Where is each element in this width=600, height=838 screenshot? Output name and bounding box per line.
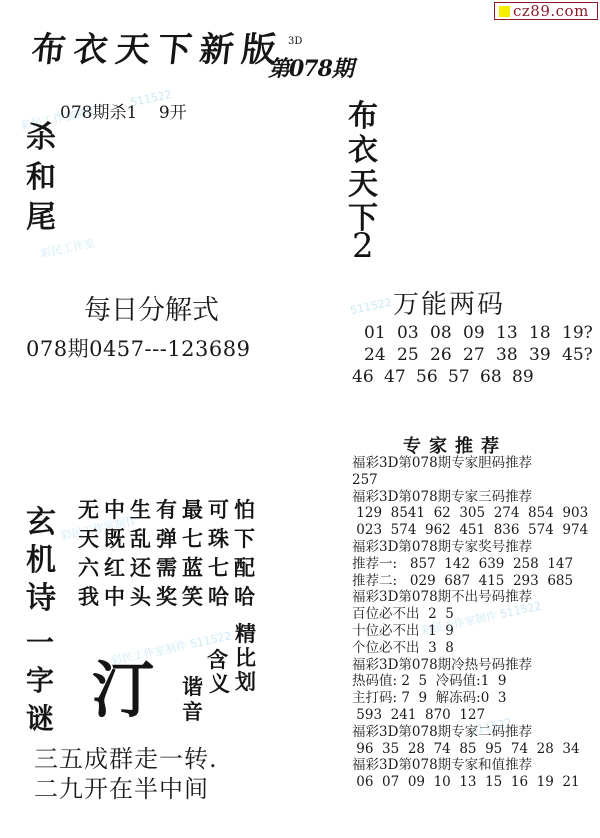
riddle-label-char: 谜 [26,700,54,738]
wanneng-cell: 08 [430,322,463,344]
issue-number: 第078期 [268,52,353,83]
page-title: 布衣天下新版 [29,22,286,71]
poem-label: 玄 机 诗 [26,504,56,618]
wanneng-cell: 25 [397,344,430,366]
daily-title: 每日分解式 [84,288,219,327]
poem-lines: 无中生有最可怕 天既乱弹七珠下 六红还需蓝七配 我中头奖笑哈哈 [78,495,260,611]
wanneng-cell: 27 [463,344,496,366]
logo-text: cz89.com [513,2,589,20]
poem-line: 无中生有最可怕 [78,495,260,524]
wanneng-cell: 03 [397,322,430,344]
poem-label-char: 诗 [26,580,56,618]
expert-line: 129 8541 62 305 274 854 903 [352,505,588,522]
wanneng-title: 万能两码 [393,284,505,321]
brand-char: 衣 [348,134,378,168]
verse: 三五成群走一转. 二九开在半中间 [34,744,218,804]
watermark: 511522 [349,296,393,317]
logo-square-icon [499,6,510,17]
poem-label-char: 玄 [26,504,56,542]
expert-line: 福彩3D第078期专家奖号推荐 [352,539,588,556]
riddle-label: 一 字 谜 [26,624,54,738]
expert-line: 推荐二: 029 687 415 293 685 [352,573,588,590]
wanneng-cell: 09 [463,322,496,344]
kill-label-char: 尾 [26,198,56,238]
expert-line: 福彩3D第078期冷热号码推荐 [352,657,588,674]
poem-line: 天既乱弹七珠下 [78,524,260,553]
brand-number: 2 [352,226,374,266]
expert-line: 十位必不出 1 9 [352,623,588,640]
daily-line: 078期0457---123689 [26,333,250,363]
riddle-character: 汀 [92,640,154,729]
riddle-label-char: 一 [26,624,54,662]
wanneng-cell: 47 [384,366,416,388]
wanneng-row: 01 03 08 09 13 18 19? [352,322,595,344]
brand-vertical: 布 衣 天 下 [348,100,378,236]
title-suffix: 3D [288,36,302,47]
expert-line: 福彩3D第078期专家和值推荐 [352,757,588,774]
wanneng-cell: 56 [416,366,448,388]
wanneng-cell: 26 [430,344,463,366]
kill-label-char: 杀 [26,118,56,158]
kill-line: 078期杀1 9开 [60,98,187,123]
wanneng-cell: 24 [364,344,397,366]
site-logo[interactable]: cz89.com [494,2,598,20]
expert-line: 福彩3D第078期专家三码推荐 [352,489,588,506]
wanneng-cell: 18 [529,322,562,344]
brand-char: 天 [348,168,378,202]
wanneng-grid: 01 03 08 09 13 18 19? 24 25 26 27 38 39 … [352,322,595,388]
kill-label-char: 和 [26,158,56,198]
expert-line: 百位必不出 2 5 [352,606,588,623]
expert-line: 96 35 28 74 85 95 74 28 34 [352,741,588,758]
wanneng-cell: 45? [562,344,595,366]
expert-line: 023 574 962 451 836 574 974 [352,522,588,539]
expert-line: 福彩3D第078期专家胆码推荐 [352,455,588,472]
riddle-hint: 音 [182,696,203,726]
wanneng-row: 24 25 26 27 38 39 45? [352,344,595,366]
expert-line: 257 [352,472,588,489]
expert-line: 593 241 870 127 [352,707,588,724]
poem-line: 六红还需蓝七配 [78,553,260,582]
expert-line: 福彩3D第078期不出号码推荐 [352,589,588,606]
watermark: 彩民工作室 [39,234,96,261]
expert-line: 主打码: 7 9 解冻码:0 3 [352,690,588,707]
expert-line: 福彩3D第078期专家二码推荐 [352,724,588,741]
expert-line: 热码值: 2 5 冷码值:1 9 [352,673,588,690]
kill-vertical-label: 杀 和 尾 [26,118,56,238]
wanneng-cell: 57 [448,366,480,388]
expert-list: 福彩3D第078期专家胆码推荐 257 福彩3D第078期专家三码推荐 129 … [352,455,588,791]
riddle-hint: 划 [235,666,256,696]
verse-line: 二九开在半中间 [34,774,218,804]
wanneng-cell: 01 [364,322,397,344]
wanneng-cell: 13 [496,322,529,344]
wanneng-cell: 89 [512,366,544,388]
wanneng-cell: 38 [496,344,529,366]
wanneng-cell: 68 [480,366,512,388]
wanneng-cell: 19? [562,322,595,344]
riddle-label-char: 字 [26,662,54,700]
expert-line: 推荐一: 857 142 639 258 147 [352,556,588,573]
wanneng-cell: 46 [352,366,384,388]
brand-char: 布 [348,100,378,134]
verse-line: 三五成群走一转. [34,744,218,774]
wanneng-row: 46 47 56 57 68 89 [352,366,595,388]
poem-label-char: 机 [26,542,56,580]
poem-line: 我中头奖笑哈哈 [78,582,260,611]
wanneng-cell: 39 [529,344,562,366]
riddle-hint: 义 [209,668,230,698]
expert-line: 06 07 09 10 13 15 16 19 21 [352,774,588,791]
expert-line: 个位必不出 3 8 [352,640,588,657]
